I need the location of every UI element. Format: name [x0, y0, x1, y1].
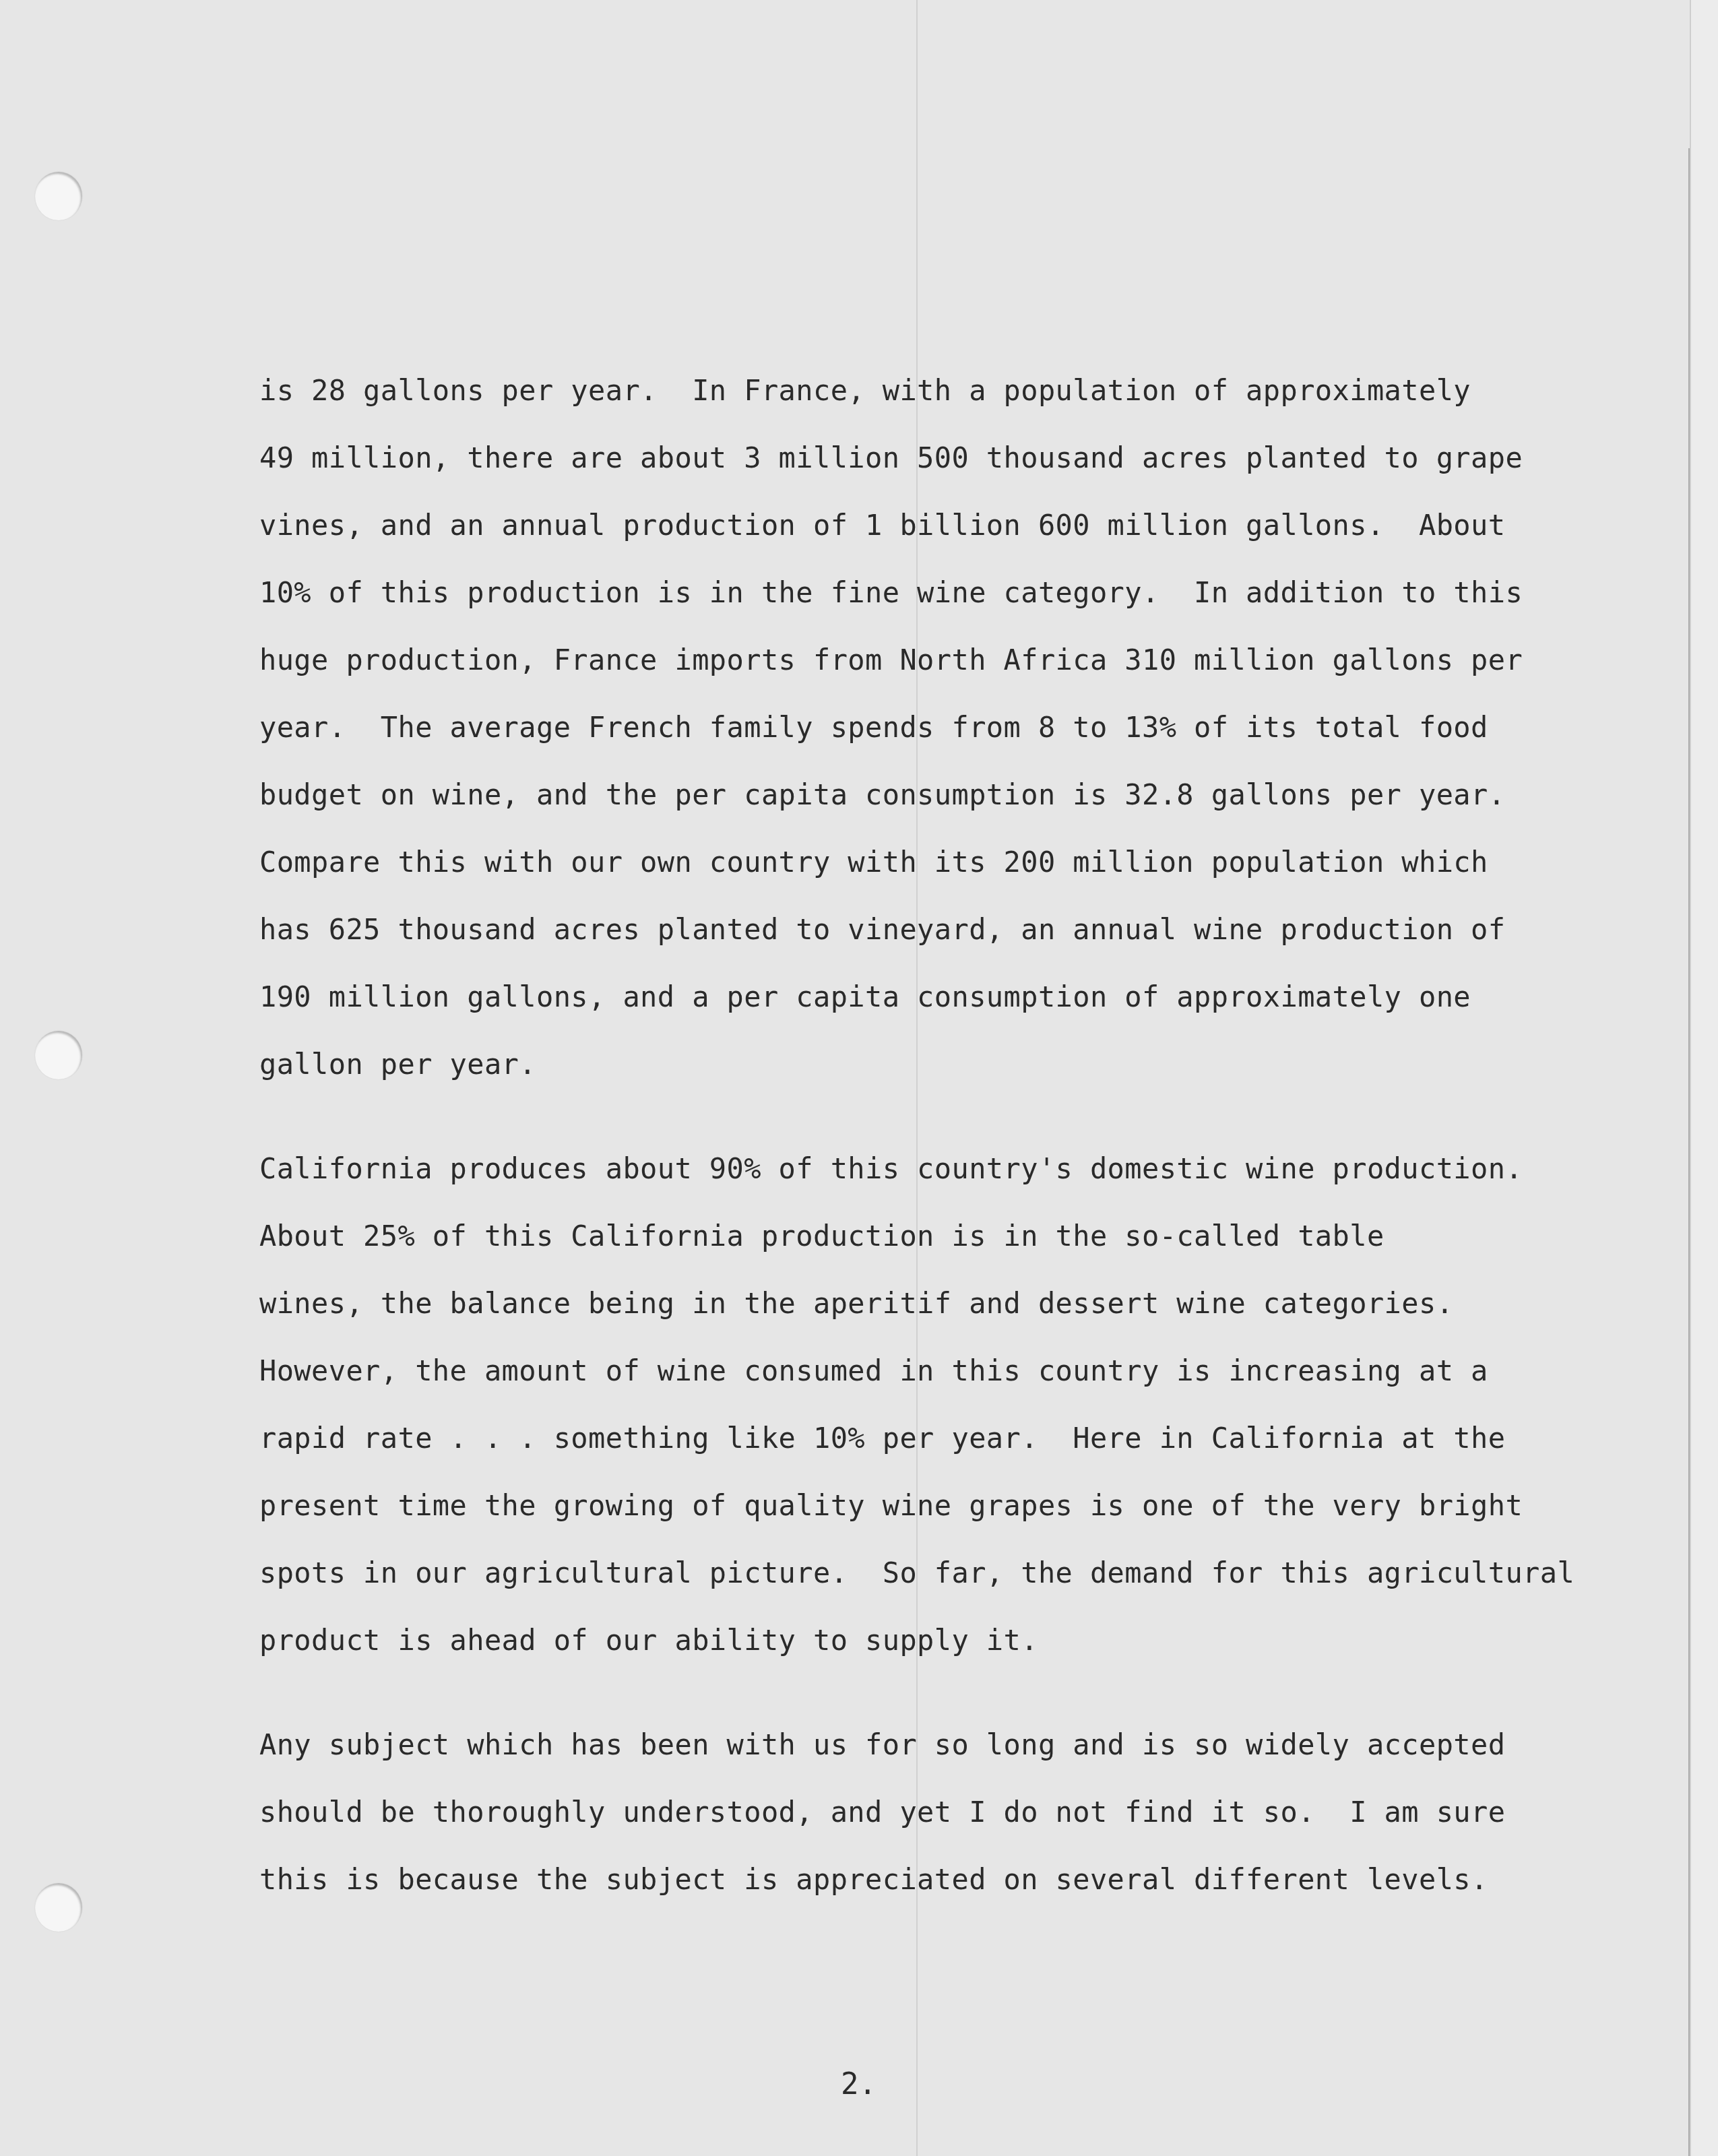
page-number: 2.: [841, 2067, 877, 2101]
text-line: has 625 thousand acres planted to vineya…: [259, 913, 1505, 946]
text-line: huge production, France imports from Nor…: [259, 643, 1523, 676]
text-line: is 28 gallons per year. In France, with …: [259, 374, 1471, 407]
text-line: 49 million, there are about 3 million 50…: [259, 441, 1523, 474]
punch-hole-bottom: [35, 1883, 82, 1932]
text-line: wines, the balance being in the aperitif…: [259, 1287, 1453, 1320]
punch-hole-top: [35, 172, 82, 220]
text-line: present time the growing of quality wine…: [259, 1489, 1523, 1522]
text-line: vines, and an annual production of 1 bil…: [259, 509, 1505, 542]
text-line: gallon per year.: [259, 1048, 536, 1081]
text-line: spots in our agricultural picture. So fa…: [259, 1556, 1574, 1589]
text-line: However, the amount of wine consumed in …: [259, 1354, 1488, 1387]
text-line: product is ahead of our ability to suppl…: [259, 1624, 1038, 1657]
text-line: Compare this with our own country with i…: [259, 846, 1488, 879]
text-line: year. The average French family spends f…: [259, 711, 1488, 744]
scan-fold-line: [916, 0, 918, 2156]
text-line: this is because the subject is appreciat…: [259, 1863, 1488, 1896]
text-line: 190 million gallons, and a per capita co…: [259, 980, 1471, 1013]
text-line: California produces about 90% of this co…: [259, 1152, 1523, 1185]
text-line: 10% of this production is in the fine wi…: [259, 576, 1523, 609]
document-page: is 28 gallons per year. In France, with …: [0, 0, 1691, 2156]
text-line: About 25% of this California production …: [259, 1219, 1385, 1253]
punch-hole-middle: [35, 1031, 82, 1079]
scanner-margin-strip: [1690, 0, 1718, 2156]
text-line: rapid rate . . . something like 10% per …: [259, 1422, 1505, 1455]
text-line: should be thoroughly understood, and yet…: [259, 1796, 1505, 1829]
text-line: budget on wine, and the per capita consu…: [259, 778, 1505, 811]
text-line: Any subject which has been with us for s…: [259, 1728, 1505, 1761]
